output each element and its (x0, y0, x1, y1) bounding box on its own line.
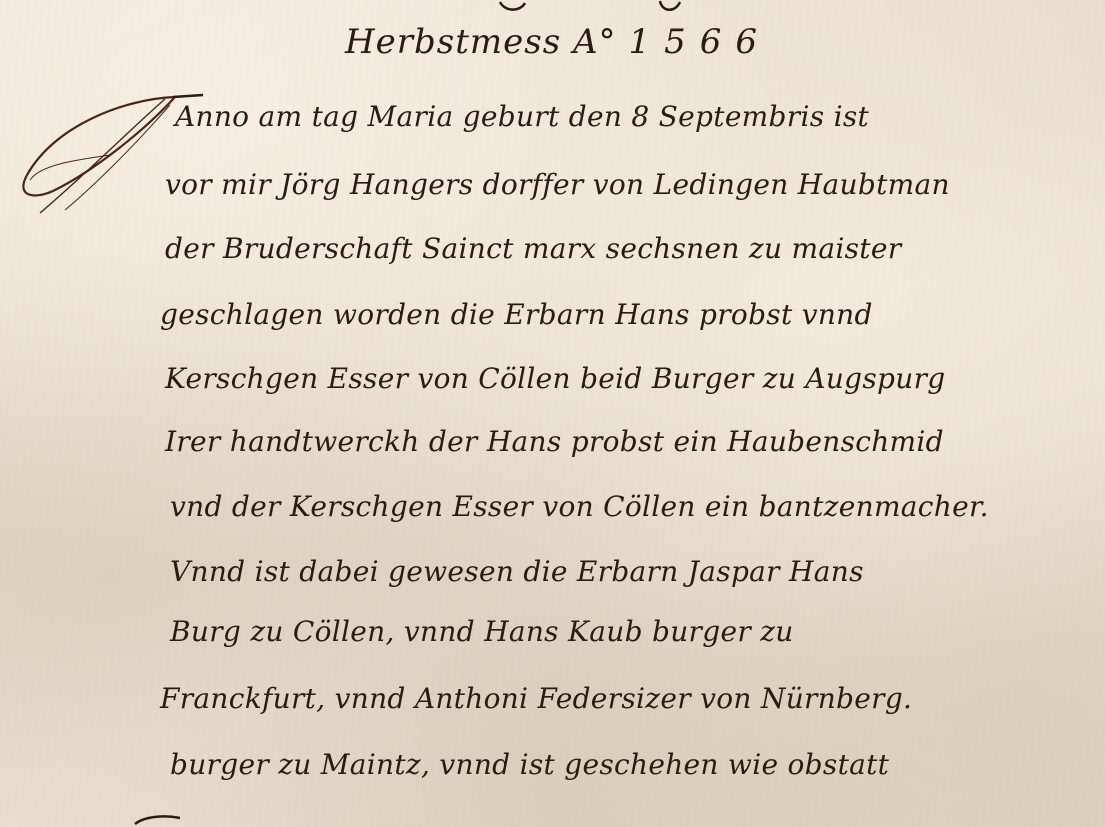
text-line-3: der Bruderschaft Sainct marx sechsnen zu… (165, 232, 901, 265)
manuscript-page: Herbstmess A°1566 Anno am tag Maria gebu… (0, 0, 1105, 827)
text-line-6: Irer handtwerckh der Hans probst ein Hau… (165, 425, 944, 458)
text-line-10: Franckfurt, vnnd Anthoni Federsizer von … (160, 682, 912, 715)
heading-label: Herbstmess A° (345, 22, 617, 62)
text-line-2: vor mir Jörg Hangers dorffer von Ledinge… (165, 168, 950, 201)
text-line-9: Burg zu Cöllen, vnnd Hans Kaub burger zu (170, 615, 794, 648)
text-line-5: Kerschgen Esser von Cöllen beid Burger z… (165, 362, 946, 395)
heading-year: 1566 (629, 22, 772, 62)
text-line-8: Vnnd ist dabei gewesen die Erbarn Jaspar… (170, 555, 864, 588)
descender-strokes-from-previous-line (480, 0, 700, 14)
page-heading: Herbstmess A°1566 (345, 22, 771, 62)
text-line-1: Anno am tag Maria geburt den 8 Septembri… (175, 100, 869, 133)
next-line-stroke-fragment (130, 812, 190, 827)
text-line-7: vnd der Kerschgen Esser von Cöllen ein b… (170, 490, 989, 523)
text-line-11: burger zu Maintz, vnnd ist geschehen wie… (170, 748, 889, 781)
text-line-4: geschlagen worden die Erbarn Hans probst… (160, 298, 873, 331)
